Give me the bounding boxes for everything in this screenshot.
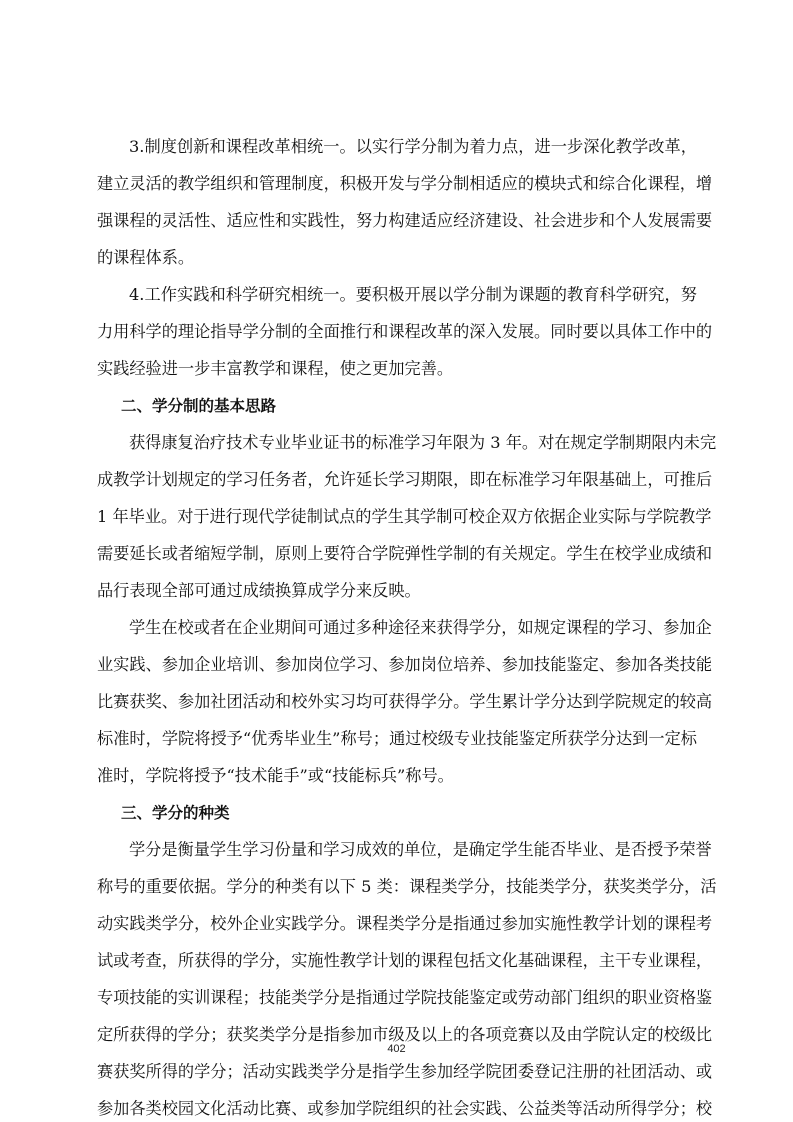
text-line: 学分是衡量学生学习份量和学习成效的单位，是确定学生能否毕业、是否授予荣誉 [97,835,697,865]
text-line: 的课程体系。 [97,243,697,273]
text-line: 3.制度创新和课程改革相统一。以实行学分制为着力点，进一步深化教学改革， [97,132,697,162]
section-heading: 二、学分制的基本思路 [97,391,697,421]
text-line: 学生在校或者在企业期间可通过多种途径来获得学分，如规定课程的学习、参加企 [97,613,697,643]
text-line: 建立灵活的教学组织和管理制度，积极开发与学分制相适应的模块式和综合化课程，增 [97,169,697,199]
text-line: 试或考查，所获得的学分，实施性教学计划的课程包括文化基础课程，主干专业课程， [97,946,697,976]
text-line: 称号的重要依据。学分的种类有以下 5 类：课程类学分，技能类学分，获奖类学分，活 [97,872,697,902]
text-line: 品行表现全部可通过成绩换算成学分来反映。 [97,576,697,606]
text-line: 动实践类学分，校外企业实践学分。课程类学分是指通过参加实施性教学计划的课程考 [97,909,697,939]
text-line: 赛获奖所得的学分；活动实践类学分是指学生参加经学院团委登记注册的社团活动、或 [97,1057,697,1087]
text-line: 准时，学院将授予“技术能手”或“技能标兵”称号。 [97,761,697,791]
text-line: 需要延长或者缩短学制，原则上要符合学院弹性学制的有关规定。学生在校学业成绩和 [97,539,697,569]
text-line: 获得康复治疗技术专业毕业证书的标准学习年限为 3 年。对在规定学制期限内未完 [97,428,697,458]
text-line: 参加各类校园文化活动比赛、或参加学院组织的社会实践、公益类等活动所得学分；校 [97,1094,697,1122]
text-line: 1 年毕业。对于进行现代学徒制试点的学生其学制可校企双方依据企业实际与学院教学 [97,502,697,532]
text-line: 力用科学的理论指导学分制的全面推行和课程改革的深入发展。同时要以具体工作中的 [97,317,697,347]
text-line: 实践经验进一步丰富教学和课程，使之更加完善。 [97,354,697,384]
text-line: 业实践、参加企业培训、参加岗位学习、参加岗位培养、参加技能鉴定、参加各类技能 [97,650,697,680]
text-line: 成教学计划规定的学习任务者，允许延长学习期限，即在标准学习年限基础上，可推后 [97,465,697,495]
section-heading: 三、学分的种类 [97,798,697,828]
text-line: 专项技能的实训课程；技能类学分是指通过学院技能鉴定或劳动部门组织的职业资格鉴 [97,983,697,1013]
text-line: 强课程的灵活性、适应性和实践性，努力构建适应经济建设、社会进步和个人发展需要 [97,206,697,236]
text-line: 比赛获奖、参加社团活动和校外实习均可获得学分。学生累计学分达到学院规定的较高 [97,687,697,717]
text-line: 4.工作实践和科学研究相统一。要积极开展以学分制为课题的教育科学研究，努 [97,280,697,310]
text-line: 标准时，学院将授予“优秀毕业生”称号；通过校级专业技能鉴定所获学分达到一定标 [97,724,697,754]
page-number: 402 [0,1043,793,1055]
